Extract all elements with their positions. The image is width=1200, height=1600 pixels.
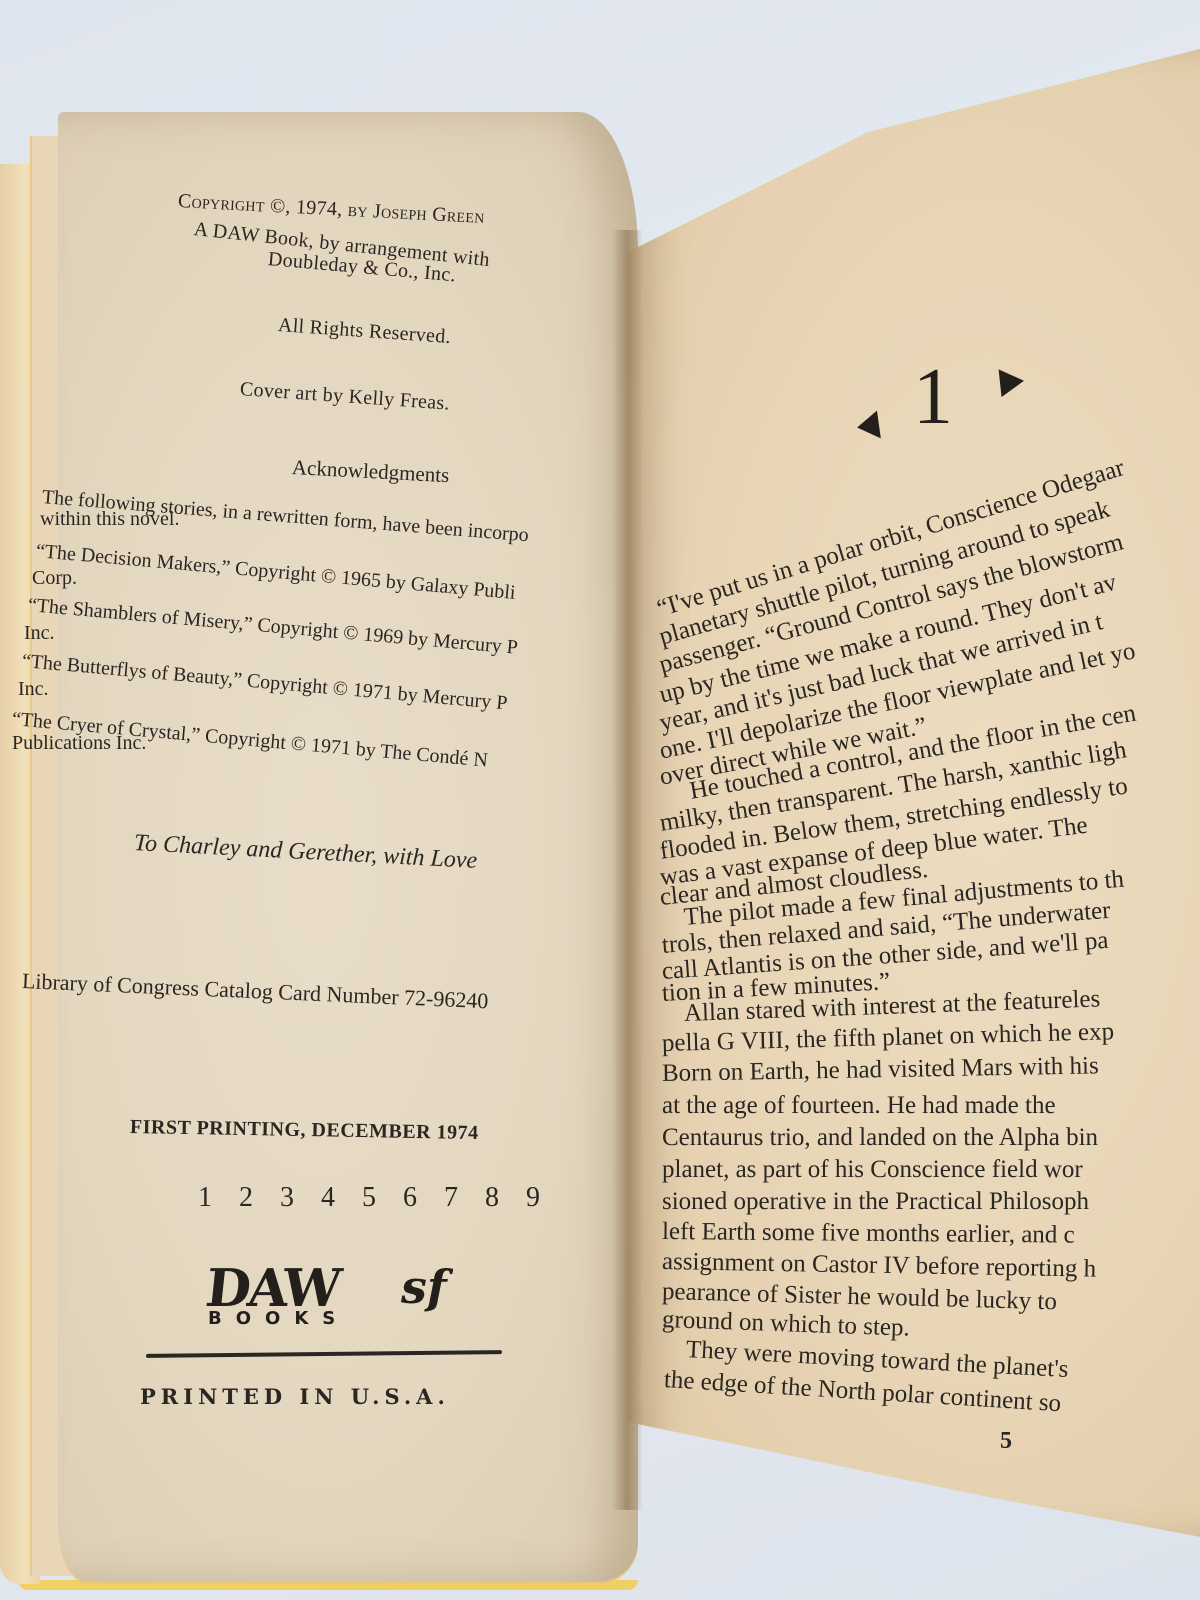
printed-in-usa: PRINTED IN U.S.A. <box>140 1384 450 1409</box>
sf-logo-mark: sf <box>401 1260 447 1314</box>
body-line-20: at the age of fourteen. He had made the <box>662 1092 1056 1120</box>
acknowledgments-intro-2: within this novel. <box>40 508 179 531</box>
body-line-23: sioned operative in the Practical Philos… <box>662 1188 1089 1216</box>
ack-entry-3-line2: Inc. <box>18 678 49 701</box>
books-logo-text: BOOKS <box>208 1308 349 1329</box>
ack-entry-1-line2: Corp. <box>32 567 77 590</box>
daw-books-logo: DAW sf BOOKS <box>206 1258 466 1338</box>
chapter-heading: 1 <box>855 360 1035 450</box>
book-spine-gutter <box>612 230 642 1510</box>
ack-entry-2-line2: Inc. <box>24 622 55 645</box>
body-line-21: Centaurus trio, and landed on the Alpha … <box>662 1124 1098 1152</box>
page-number: 5 <box>1000 1428 1012 1455</box>
body-line-24: left Earth some five months earlier, and… <box>662 1218 1075 1250</box>
photo-scene: Copyright ©, 1974, by Joseph Green A DAW… <box>0 0 1200 1600</box>
body-line-22: planet, as part of his Conscience field … <box>662 1156 1083 1184</box>
triangle-left-icon <box>855 411 881 442</box>
print-number-line: 1 2 3 4 5 6 7 8 9 <box>198 1182 550 1214</box>
ack-entry-4-line2: Publications Inc. <box>12 732 146 755</box>
chapter-number: 1 <box>913 352 953 443</box>
triangle-right-icon <box>999 367 1026 397</box>
